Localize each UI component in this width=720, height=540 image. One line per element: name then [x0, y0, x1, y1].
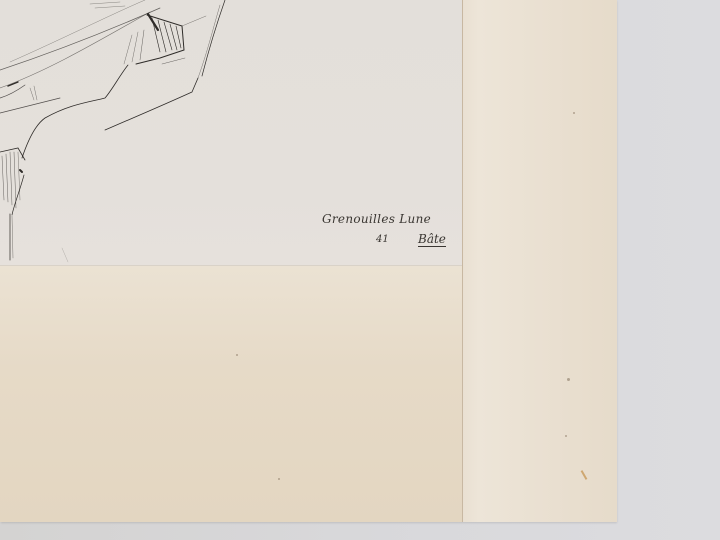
paper-speck — [565, 435, 567, 437]
artist-signature: Bâte — [418, 232, 446, 247]
paper-speck — [573, 112, 575, 114]
inscription-title: Grenouilles Lune — [322, 212, 431, 226]
mount-right-margin — [462, 0, 617, 522]
paper-speck — [236, 354, 238, 356]
inscription-number: 41 — [376, 234, 389, 245]
paper-speck — [567, 378, 570, 381]
paper-stain — [581, 470, 588, 480]
handwritten-inscription: Grenouilles Lune 41 Bâte — [322, 212, 462, 262]
paper-speck — [278, 478, 280, 480]
mount-sheet: Grenouilles Lune 41 Bâte — [0, 0, 616, 522]
ink-sketch: Grenouilles Lune 41 Bâte — [0, 0, 462, 266]
mount-lower-margin — [0, 266, 462, 522]
